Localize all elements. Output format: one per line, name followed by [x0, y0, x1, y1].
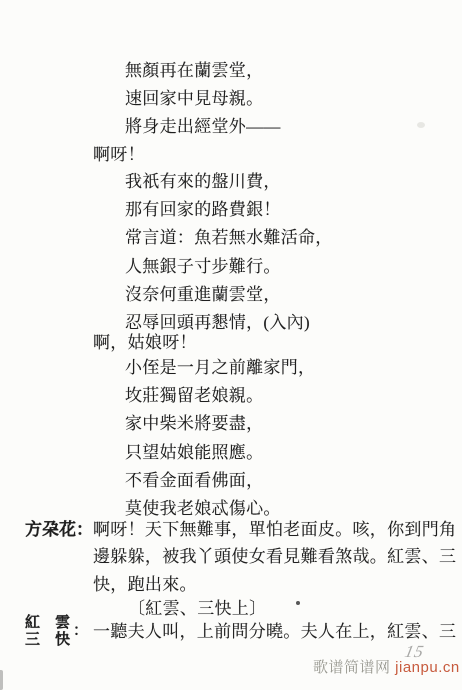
- verse-line: 不看金面看佛面，: [125, 467, 315, 495]
- watermark: 歌谱简谱网 jianpu.cn: [313, 656, 460, 677]
- verse-line: 家中柴米將要盡，: [125, 410, 315, 438]
- verse-block-3: 小侄是一月之前離家門， 坆莊獨留老娘親。 家中柴米將要盡， 只望姑娘能照應。 不…: [125, 354, 315, 523]
- interjection-line: 啊呀！: [93, 141, 145, 169]
- scan-edge-smudge: [0, 670, 3, 690]
- speaker-label-stacked: 紅 雲 三 快: [25, 615, 70, 648]
- verse-line: 將身走出經堂外——: [125, 113, 281, 141]
- verse-line: 人無銀子寸步難行。: [125, 253, 333, 281]
- speech-line: 快，跑出來。: [93, 571, 456, 598]
- verse-line: 我祇有來的盤川費，: [125, 168, 333, 196]
- dialogue-block-hongyun-sankuai: 紅 雲 三 快 ： 一聽夫人叫，上前問分曉。夫人在上，紅雲、三: [0, 614, 462, 654]
- speaker-label: 方朶花：: [25, 516, 93, 543]
- verse-line: 小侄是一月之前離家門，: [125, 354, 315, 382]
- speaker-colon: ：: [73, 619, 88, 640]
- paper-speck: [417, 122, 425, 128]
- verse-line: 坆莊獨留老娘親。: [125, 382, 315, 410]
- watermark-site-name: 歌谱简谱网: [313, 659, 395, 676]
- watermark-domain: jianpu.cn: [395, 659, 460, 676]
- verse-line: 無顏再在蘭雲堂，: [125, 57, 281, 85]
- speech-line: 啊呀！天下無難事，單怕老面皮。咳，你到門角: [93, 516, 456, 543]
- scanned-script-page: 無顏再在蘭雲堂， 速回家中見母親。 將身走出經堂外—— 啊呀！ 我祇有來的盤川費…: [0, 0, 462, 690]
- ink-dot-artifact: [296, 601, 300, 605]
- verse-block-2: 我祇有來的盤川費， 那有回家的路費銀！ 常言道：魚若無水難活命， 人無銀子寸步難…: [125, 168, 333, 337]
- verse-line: 那有回家的路費銀！: [125, 196, 333, 224]
- verse-line: 速回家中見母親。: [125, 85, 281, 113]
- speech-text: 啊呀！天下無難事，單怕老面皮。咳，你到門角 邊躲躲，被我丫頭使女看見難看煞哉。紅…: [93, 516, 456, 598]
- speech-line: 邊躲躲，被我丫頭使女看見難看煞哉。紅雲、三: [93, 543, 456, 570]
- verse-block-1: 無顏再在蘭雲堂， 速回家中見母親。 將身走出經堂外——: [125, 57, 281, 142]
- verse-line: 常言道：魚若無水難活命，: [125, 224, 333, 252]
- speaker-row: 三 快: [25, 632, 70, 649]
- verse-line: 沒奈何重進蘭雲堂，: [125, 281, 333, 309]
- interjection-line: 啊，姑娘呀！: [93, 329, 197, 357]
- speaker-row: 紅 雲: [25, 615, 70, 632]
- verse-line: 只望姑娘能照應。: [125, 439, 315, 467]
- speech-line: 一聽夫人叫，上前問分曉。夫人在上，紅雲、三: [93, 618, 456, 646]
